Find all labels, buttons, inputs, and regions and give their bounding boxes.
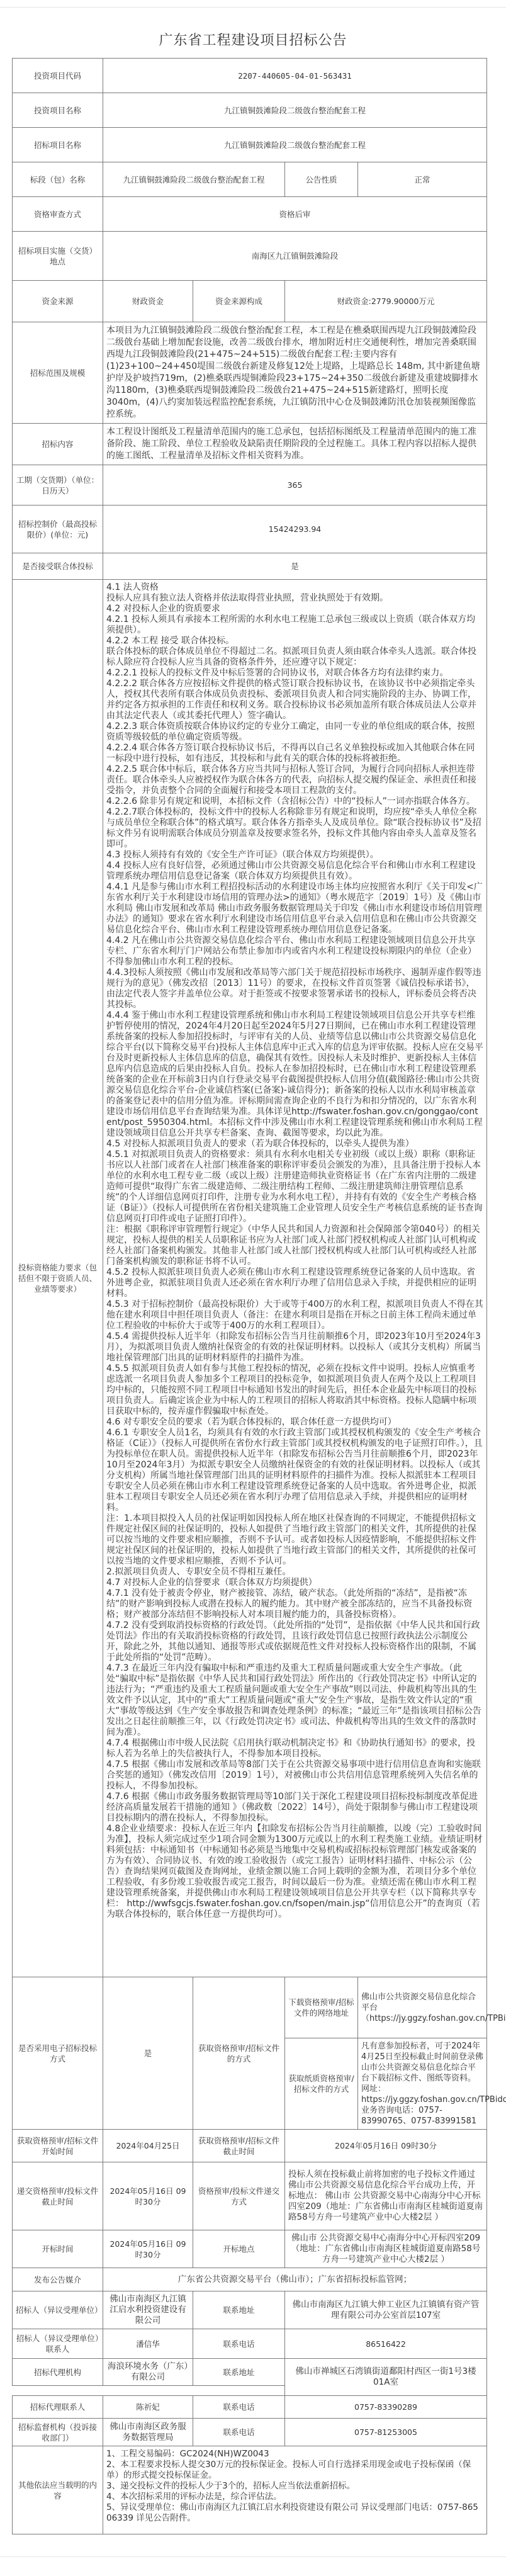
submit-method-label: 资格预审/投标文件递交方式 [193,2162,285,2230]
paragraph: 4.4.2 凡在佛山市公共资源交易信息化综合平台、佛山市水利局工程建设领域项目信… [106,935,483,968]
obtain-start-label: 获取资格预审/招标文件开始时间 [13,2130,103,2162]
supervisor-label: 招标监督机构（投诉接收部门） [13,2419,103,2446]
submit-deadline-label: 递交资格预审/投标文件截止时间 [13,2162,103,2230]
paper-method-label: 获取纸质资格预审/招标文件的方式 [285,2038,358,2130]
paragraph: 4.7.3 在最近三年内没有骗取中标和严重违约及重大工程质量问题或重大安全生产事… [106,1663,483,1738]
qualification-method-value: 资格后审 [103,197,487,232]
media-label: 发布公告媒介 [13,2268,103,2291]
consortium-label: 是否接受联合体投标 [13,553,103,580]
row-content: 招标内容 本工程设计图纸及工程量清单范围内的施工总承包，包括招标图纸及工程量清单… [13,424,487,465]
duration-value: 365 [103,465,487,506]
fund-source-value: 财政资金 [103,281,193,322]
spacer-cell [13,2386,285,2396]
row-electronic-download: 是否采用电子招标投标方式 是 获取资格预审/招标文件的方式 下载资格预审/招标文… [13,1977,487,2038]
row-media: 发布公告媒介 广东省公共资源交易平台（佛山市）；广东省招标投标监管网； [13,2268,487,2291]
scope-label: 招标范围及规模 [13,322,103,424]
row-project-code: 投资项目代码 2207-440605-04-01-563431 [13,59,487,93]
paragraph: 4.4.3投标人须按照《佛山市发展和改革局等六部门关于规范招投标市场秩序、遏制弄… [106,968,483,1010]
tenderer-contact-value: 潘信华 [103,2329,193,2359]
other-value: 1、工程交易编码：GC2024(NH)WZ00432、本工程要求投标人提交30万… [103,2446,487,2534]
notice-nature-label: 公告性质 [285,162,358,197]
tenderer-phone-value: 86516422 [285,2329,487,2359]
agency-contact-value: 陈祈妃 [103,2396,193,2419]
fund-composition-value: 财政资金:2779.90000万元 [285,281,487,322]
submit-deadline-value: 2024年05月16日 09时30分 [103,2162,193,2230]
row-control-price: 招标控制价（最高投标限价）(单位：元) 15424293.94 [13,506,487,553]
fund-source-label: 资金来源 [13,281,103,322]
fund-composition-label: 资金来源构成 [193,281,285,322]
requirements-label: 投标资格能力要求（包括但不限于资质人员、业绩等要求） [13,580,103,1977]
paragraph: 4.5.3 对于招标控制价（最高投标限价）大于或等于400万的水利工程，拟派项目… [106,1299,483,1331]
paragraph: 4.2.2.4 联合体各方签订联合投标协议书后，不得再以自己名义单独投标或加入其… [106,743,483,764]
row-section-name: 标段（包）名称 九江镇铜鼓滩险段二级戗台整治配套工程 公告性质 正常 [13,162,487,197]
paragraph: 4.2.2.1 投标人的投标文件及中标后签署的合同协议书，对联合体各方均有法律约… [106,668,483,679]
paragraph: 3、递交投标文件的投标人少于3个的，招标人应当依法重新招标。 [106,2481,483,2492]
row-qualification-method: 资格审查方式 资格后审 [13,197,487,232]
requirements-list: 4.1 法人资格投标人应具有独立法人资格并依法取得营业执照，营业执照处于有效期。… [106,582,483,1920]
paragraph: 4.3 投标人须持有有效的《安全生产许可证》（联合体双方均须提供）。 [106,850,483,861]
opening-time-value: 2024年05月16日 09时30分 [103,2230,193,2268]
paragraph: 4.4.4 鉴于佛山市水利工程建设管理系统和佛山市水利局工程建设领域项目信息公开… [106,1010,483,1139]
control-price-value: 15424293.94 [103,506,487,553]
section-name-value: 九江镇铜鼓滩险段二级戗台整治配套工程 [103,162,285,197]
download-url-label: 下载资格预审/招标文件的网络地址 [285,1977,358,2038]
project-code-label: 投资项目代码 [13,59,103,93]
other-label: 其他依法应当载明的内容 [13,2446,103,2534]
row-requirements: 投标资格能力要求（包括但不限于资质人员、业绩等要求） 4.1 法人资格投标人应具… [13,580,487,1977]
paragraph: 4.5 对投标人拟派项目负责人的要求（若为联合体投标的，以牵头人提供为准） [106,1139,483,1150]
paragraph: 4.7.6 根据《佛山市政务服务数据管理局等10部门关于深化工程建设项目招标投标… [106,1792,483,1824]
agency-phone-label: 联系电话 [193,2396,285,2419]
row-scope: 招标范围及规模 本项目为九江镇铜鼓滩险段二级戗台整治配套工程，本工程是在樵桑联围… [13,322,487,424]
paragraph: 投标人应具有独立法人资格并依法取得营业执照，营业执照处于有效期。 [106,593,483,604]
row-location: 招标项目实施（交货）地点 南海区九江镇铜鼓滩险段 [13,232,487,281]
tenderer-addr-value: 佛山市南海区九江镇大伸工业区九江镇镇有资产管理有限公司办公室首层107室 [285,2291,487,2329]
notice-nature-value: 正常 [358,162,487,197]
agency-phone-value: 0757-83390289 [285,2396,487,2419]
paragraph: 联合体投标的联合体成员单位不得超过二名。拟派项目负责人须由联合体牵头人选派。联合… [106,647,483,668]
obtain-start-value: 2024年04月25日 [103,2130,193,2162]
project-code-value: 2207-440605-04-01-563431 [103,59,487,93]
paragraph: 4.5.2 投标人拟派驻项目负责人必须在佛山市水利工程建设管理系统登记备案的人员… [106,1267,483,1299]
agency-label: 招标代理机构 [13,2359,103,2386]
row-other: 其他依法应当载明的内容 1、工程交易编码：GC2024(NH)WZ00432、本… [13,2446,487,2534]
tenderer-label: 招标人（异议受理单位） [13,2291,103,2329]
row-consortium: 是否接受联合体投标 是 [13,553,487,580]
tenderer-contact-label: 招标人（异议受理单位）联系人 [13,2329,103,2359]
agency-contact-label: 招标代理联系人 [13,2396,103,2419]
paragraph: 4.7.5 根据《佛山市发展和改革局等8部门关于在公共资源交易事项中进行信用信息… [106,1760,483,1792]
paragraph: 1、工程交易编码：GC2024(NH)WZ0043 [106,2449,483,2460]
paragraph: 4.5.4 需提供投标人近半年（扣除发布招标公告当月往前顺推6个月，即2023年… [106,1331,483,1364]
paper-method-value: 凡有意参加投标者，可于2024年4月25日至投标截止时间前登录佛山市公共资源交易… [358,2038,487,2130]
paragraph: 4.1 法人资格 [106,582,483,593]
section-name-label: 标段（包）名称 [13,162,103,197]
other-list: 1、工程交易编码：GC2024(NH)WZ00432、本工程要求投标人提交30万… [106,2449,483,2524]
row-opening: 开标时间 2024年05月16日 09时30分 开标地点 佛山市 公共资源交易中… [13,2230,487,2268]
row-agency-contact: 招标代理联系人 陈祈妃 联系电话 0757-83390289 [13,2396,487,2419]
supervisor-phone-value: 0757-81253005 [285,2419,487,2446]
agency-value: 海浪环境水务（广东）有限公司 [103,2359,193,2386]
tenderer-value: 佛山市南海区九江镇江启水利投资建设有限公司 [103,2291,193,2329]
opening-place-label: 开标地点 [193,2230,285,2268]
qualification-method-label: 资格审查方式 [13,197,103,232]
tender-project-name-value: 九江镇铜鼓滩险段二级戗台整治配套工程 [103,128,487,162]
paragraph: 2、本工程要求投标人提交30万元的投标保证金。投标人可自行选择采用现金或电子投标… [106,2460,483,2481]
content-label: 招标内容 [13,424,103,465]
paragraph: 4.6 对专职安全员的要求（若为联合体投标的，联合体任意一方提供均可） [106,1417,483,1428]
electronic-value: 是 [103,1977,193,2130]
paragraph: 4.7.2 没有受到取消投标资格的行政处罚。（此处所指的“处罚”，是指依据《中华… [106,1620,483,1663]
row-duration: 工期（交货期）（单位：日历天） 365 [13,465,487,506]
row-submit: 递交资格预审/投标文件截止时间 2024年05月16日 09时30分 资格预审/… [13,2162,487,2230]
submit-method-value: 投标人须在投标截止前将加密的电子投标文件通过佛山市公共资源交易信息化综合平台成功… [285,2162,487,2230]
paragraph: 4.2.2.6 除非另有规定和说明，本招标文件（含招标公告）中的“投标人”一词亦… [106,796,483,807]
paragraph: 注：根据《职称评审管理暂行规定》（中华人民共和国人力资源和社会保障部令第040号… [106,1224,483,1267]
paragraph: 4.5.5 拟派项目负责人如有参与其他工程投标的情况，必须在投标文件中说明。投标… [106,1364,483,1417]
location-value: 南海区九江镇铜鼓滩险段 [103,232,487,281]
row-tenderer: 招标人（异议受理单位） 佛山市南海区九江镇江启水利投资建设有限公司 联系地址 佛… [13,2291,487,2329]
paragraph: 注：1.本项目拟投入人员的社保证明如因投标人所在地区社保查询的不同规定，不能提供… [106,1513,483,1567]
obtain-method-label: 获取资格预审/招标文件的方式 [193,1977,285,2130]
row-obtain-time: 获取资格预审/招标文件开始时间 2024年04月25日 获取资格预审/招标文件截… [13,2130,487,2162]
paragraph: 5、异议受理单位：佛山市南海区九江镇江启水利投资建设有限公司 异议受理部门电话：… [106,2502,483,2524]
paragraph: 4.4.1 凡是参与佛山市水利工程招投标活动的水利建设市场主体均应按照省水利厅《… [106,882,483,935]
requirements-value: 4.1 法人资格投标人应具有独立法人资格并依法取得营业执照，营业执照处于有效期。… [103,580,487,1977]
tender-notice-table: 投资项目代码 2207-440605-04-01-563431 投资项目名称 九… [12,58,487,2534]
paragraph: 2.拟派项目负责人、专职安全员不得相互兼任。 [106,1567,483,1578]
row-tenderer-contact: 招标人（异议受理单位）联系人 潘信华 联系电话 86516422 [13,2329,487,2359]
duration-label: 工期（交货期）（单位：日历天） [13,465,103,506]
project-name-label: 投资项目名称 [13,93,103,128]
download-url-value[interactable]: 佛山市公共资源交易信息化综合平台 （https://jy.ggzy.foshan… [358,1977,487,2038]
paragraph: 4.2.2 本工程 接受 联合体投标。 [106,636,483,647]
paragraph: 4.2.2.3 联合体资质按联合体协议约定的专业分工确定，由同一专业的单位组成的… [106,721,483,743]
row-supervisor: 招标监督机构（投诉接收部门） 佛山市南海区政务服务数据管理局 联系电话 0757… [13,2419,487,2446]
electronic-label: 是否采用电子招标投标方式 [13,1977,103,2130]
paragraph: 4.8企业业绩要求：投标人在近三年内【扣除发布招标公告当月往前顺推，以竣（完）工… [106,1824,483,1920]
paragraph: 4.5.1 对拟派项目负责人的资格要求：须具有水利水电相关专业初级（或以上级）职… [106,1150,483,1224]
top-divider [0,7,506,8]
consortium-value: 是 [103,553,487,580]
obtain-end-label: 获取资格预审/招标文件截止时间 [193,2130,285,2162]
paragraph: 4.2 对投标人企业的资质要求 [106,604,483,614]
paragraph: 4.2.2.2 联合体各方应按招标文件提供的格式签订联合投标协议书，在该协议书中… [106,679,483,721]
control-price-label: 招标控制价（最高投标限价）(单位：元) [13,506,103,553]
content-value: 本工程设计图纸及工程量清单范围内的施工总承包，包括招标图纸及工程量清单范围内的施… [103,424,487,465]
opening-time-label: 开标时间 [13,2230,103,2268]
row-fund-source: 资金来源 财政资金 资金来源构成 财政资金:2779.90000万元 [13,281,487,322]
paragraph: 4.6.1 专职安全人员1名，均须具有有效的水行政主管部门或其授权机构颁发的《安… [106,1428,483,1513]
media-value: 广东省公共资源交易平台（佛山市）；广东省招标投标监管网； [103,2268,487,2291]
agency-addr-label: 联系地址 [193,2359,285,2386]
supervisor-phone-label: 联系电话 [193,2419,285,2446]
scope-value: 本项目为九江镇铜鼓滩险段二级戗台整治配套工程，本工程是在樵桑联围西堤九江段铜鼓滩… [103,322,487,424]
paragraph: 4.7.4 根据佛山市中级人民法院《启用执行联动机制决定书》和《协助执行通知书》… [106,1738,483,1760]
row-project-name: 投资项目名称 九江镇铜鼓滩险段二级戗台整治配套工程 [13,93,487,128]
supervisor-value: 佛山市南海区政务服务数据管理局 [103,2419,193,2446]
paragraph: 4.2.1 投标人须具有承接本工程所需的水利水电工程施工总承包三级或以上资质（联… [106,614,483,636]
paragraph: 4.2.2.5 联合体中标后，联合体各方应当共同与招标人签订合同，为履行合同向招… [106,764,483,796]
row-agency: 招标代理机构 海浪环境水务（广东）有限公司 联系地址 佛山市禅城区石湾镇街道鄱阳… [13,2359,487,2386]
tenderer-phone-label: 联系电话 [193,2329,285,2359]
project-name-value: 九江镇铜鼓滩险段二级戗台整治配套工程 [103,93,487,128]
paragraph: 4、本次招标采用的评标办法是，综合评估法。 [106,2492,483,2502]
paragraph: 4.7.1 没有处于被责令停业，财产被接管、冻结，破产状态。（此处所指的“冻结”… [106,1588,483,1620]
tenderer-addr-label: 联系地址 [193,2291,285,2329]
page-title: 广东省工程建设项目招标公告 [0,30,506,49]
paragraph: 4.2.2.7联合体投标的，投标文件中的投标人名称除非另有规定和说明，均应按“牵… [106,807,483,850]
paragraph: 4.7 对投标人企业的信誉要求（联合体双方均须提供） [106,1578,483,1588]
opening-place-value: 佛山市 公共资源交易中心南海分中心开标四室209（地址：广东省佛山市南海区桂城街… [285,2230,487,2268]
paragraph: 4.4 投标人应有良好信誉，必须通过佛山市公共资源交易信息化综合平台和佛山市水利… [106,861,483,882]
row-tender-project-name: 招标项目名称 九江镇铜鼓滩险段二级戗台整治配套工程 [13,128,487,162]
tender-project-name-label: 招标项目名称 [13,128,103,162]
location-label: 招标项目实施（交货）地点 [13,232,103,281]
obtain-end-value: 2024年05月16日 09时30分 [285,2130,487,2162]
agency-addr-value: 佛山市禅城区石湾镇街道鄱阳村西区一街1号3楼01A室 [285,2359,487,2396]
